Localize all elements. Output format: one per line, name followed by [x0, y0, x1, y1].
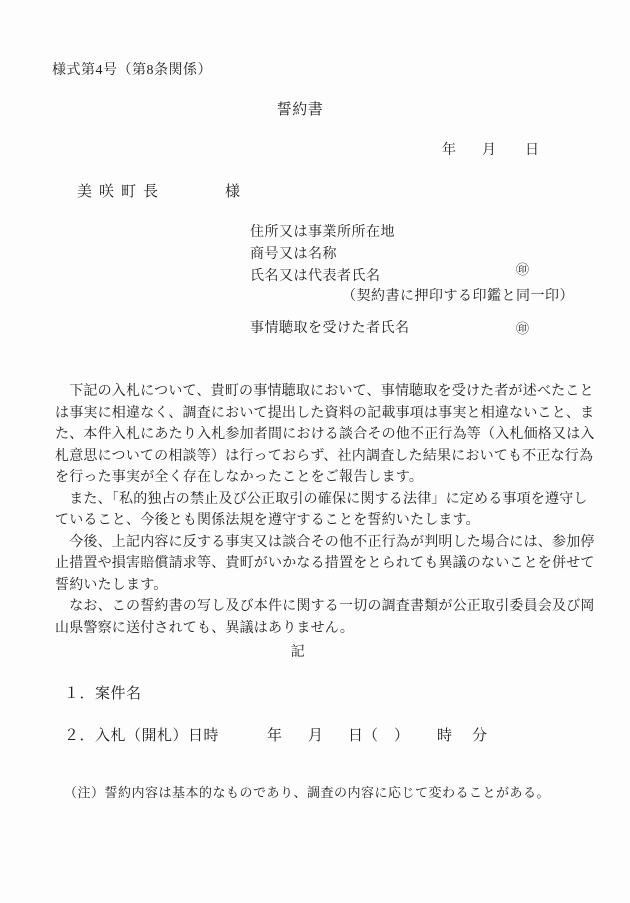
record-marker: 記 — [0, 644, 596, 663]
body-text: 下記の入札について、貴町の事情聴取において、事情聴取を受けた者が述べたこと は事… — [55, 381, 595, 639]
form-number: 様式第4号（第8条関係） — [52, 62, 212, 81]
representative-name-label: 氏名又は代表者氏名 — [250, 268, 381, 287]
document-title: 誓約書 — [0, 100, 600, 120]
item-case-name-label: １．案件名 — [64, 684, 142, 704]
addressee-name: 美咲町長 — [77, 182, 165, 202]
bid-year-label: 年 — [267, 726, 283, 746]
date-month-label: 月 — [482, 142, 497, 161]
addressee-honorific: 様 — [225, 182, 241, 202]
bid-minute-label: 分 — [472, 726, 488, 746]
bid-day-label: 日 — [348, 726, 364, 746]
seal-note: （契約書に押印する印鑑と同一印） — [342, 288, 574, 307]
seal-icon: ㊞ — [516, 261, 530, 279]
date-year-label: 年 — [442, 142, 457, 161]
footnote-text: （注）誓約内容は基本的なものであり、調査の内容に応じて変わることがある。 — [64, 784, 550, 802]
interviewee-seal-icon: ㊞ — [516, 320, 530, 338]
bid-weekday-paren: （ ） — [363, 726, 410, 746]
address-label: 住所又は事業所所在地 — [250, 224, 395, 243]
item-bid-datetime-label: ２．入札（開札）日時 — [64, 726, 219, 746]
interviewee-label: 事情聴取を受けた者氏名 — [250, 320, 410, 339]
bid-hour-label: 時 — [437, 726, 453, 746]
company-name-label: 商号又は名称 — [250, 246, 337, 265]
date-day-label: 日 — [525, 142, 540, 161]
document-page: 様式第4号（第8条関係） 誓約書 年 月 日 美咲町長 様 住所又は事業所所在地… — [0, 0, 630, 903]
bid-month-label: 月 — [308, 726, 324, 746]
